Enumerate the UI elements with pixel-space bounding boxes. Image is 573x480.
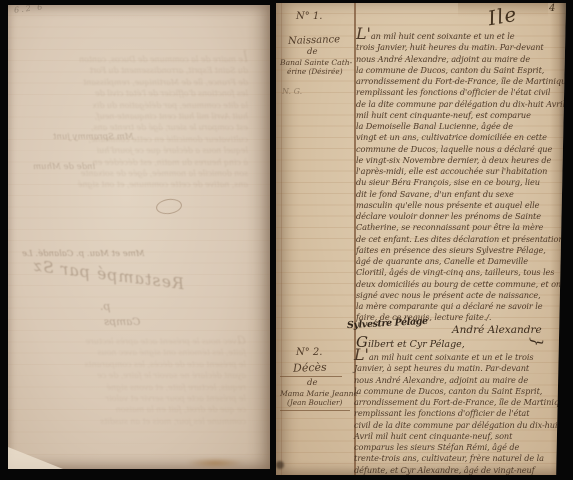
manuscript-line: huit Avril mil huit cent cinquante-neuf, bbox=[33, 111, 248, 122]
margin-annotation-act1: N° 1. Naissance de Banal Sainte Cath- ér… bbox=[280, 11, 352, 96]
manuscript-line: l'après-midi, elle est accouchée sur l'h… bbox=[356, 166, 562, 177]
act1-name-line1: Banal Sainte Cath- bbox=[280, 58, 352, 67]
act2-name-line1: Mama Marie Jeanne bbox=[280, 389, 352, 398]
manuscript-line: faite, les témoins ont signé avec nous bbox=[46, 347, 246, 358]
manuscript-line: commune de Ducos, laquelle nous a déclar… bbox=[356, 144, 562, 155]
bleedthrough-fragment: Mm Sprammy junt bbox=[53, 132, 133, 142]
manuscript-line: du sieur Béra François, sise en ce bourg… bbox=[356, 177, 562, 188]
margin-divider bbox=[280, 410, 350, 411]
manuscript-line: faites en présence des sieurs Sylvestre … bbox=[356, 245, 562, 256]
manuscript-line: Avril mil huit cent cinquante-neuf, sont bbox=[354, 431, 560, 442]
manuscript-line: de cet enfant. Les dites déclaration et … bbox=[356, 234, 562, 245]
signature-flourish: } bbox=[528, 337, 546, 347]
manuscript-line: le présent acte de décès, les comparants bbox=[46, 359, 246, 370]
manuscript-line: ayant déclaré ne savoir le faire, de ce bbox=[46, 370, 246, 381]
act1-type: Naissance bbox=[280, 34, 352, 48]
bleedthrough-mark: Camps bbox=[104, 316, 140, 328]
manuscript-line: la mère comparante qui a déclaré ne savo… bbox=[356, 301, 562, 312]
manuscript-line: masculin qu'elle nous présente et auquel… bbox=[356, 200, 562, 211]
act1-number: N° 1. bbox=[280, 11, 352, 22]
bleedthrough-lower-block: avec nous le présent acte après lecturef… bbox=[46, 335, 246, 427]
manuscript-line: trois Janvier, huit heures du matin. Par… bbox=[356, 42, 562, 53]
manuscript-line: déclare vouloir donner les prénoms de Sa… bbox=[356, 211, 562, 222]
manuscript-line: remplissant les fonctions d'officier de … bbox=[354, 408, 560, 419]
officer-paraph: Ile bbox=[486, 3, 519, 30]
manuscript-line: arrondissement du Fort-de-France, île de… bbox=[356, 76, 562, 87]
act1-officer-signature: André Alexandre bbox=[452, 324, 542, 336]
right-page: Ile 4 N° 1. Naissance de Banal Sainte Ca… bbox=[276, 3, 566, 475]
ink-oval-mark bbox=[155, 197, 183, 215]
manuscript-line: le vingt-six Novembre dernier, à deux he… bbox=[356, 155, 562, 166]
act2-signature-heading: Gilbert et Cyr Pélage, bbox=[356, 338, 465, 350]
bleedthrough-signature-scrawl: Restampé par Sz bbox=[31, 256, 185, 293]
manuscript-line: trente-trois ans, cultivateur, frère nat… bbox=[354, 453, 560, 464]
manuscript-line: comparus les sieurs Stéfan Rémi, âgé de bbox=[354, 442, 560, 453]
manuscript-line: les fonctions d'officier de l'état civil… bbox=[33, 88, 248, 99]
act1-name-line2: érine (Désirée) bbox=[280, 67, 352, 76]
manuscript-line: remplissant les fonctions d'officier de … bbox=[356, 87, 562, 98]
manuscript-line: civil de la dite commune par délégation … bbox=[354, 420, 560, 431]
margin-divider bbox=[280, 376, 342, 377]
manuscript-line: le présent acte pour servir et valoir bbox=[46, 393, 246, 404]
registry-scan: 6.2 6 le maire de la commune de Ducos, c… bbox=[0, 0, 573, 480]
manuscript-line: nous André Alexandre, adjoint au maire d… bbox=[354, 375, 560, 386]
manuscript-line: vingt et un ans, cultivatrice domiciliée… bbox=[356, 132, 562, 143]
bleedthrough-mark: p. bbox=[100, 300, 111, 313]
act2-name-line2: (Jean Bouclier) bbox=[280, 398, 352, 407]
manuscript-line: la dite commune, par délégation du dix bbox=[33, 100, 248, 111]
act2-number: N° 2. bbox=[280, 347, 352, 358]
ink-smudge bbox=[186, 458, 244, 468]
manuscript-line: de la dite commune par délégation du dix… bbox=[356, 99, 562, 110]
manuscript-line: deux domiciliés au bourg de cette commun… bbox=[356, 279, 562, 290]
manuscript-line: Catherine, se reconnaissant pour être la… bbox=[356, 222, 562, 233]
manuscript-line: âgé de quarante ans, Canelle et Damevill… bbox=[356, 256, 562, 267]
act2-de: de bbox=[280, 378, 352, 388]
manuscript-line: dit le fond Savane, d'un enfant du sexe bbox=[356, 189, 562, 200]
margin-annotation-act2: N° 2. Décès de Mama Marie Jeanne (Jean B… bbox=[280, 347, 352, 411]
manuscript-line: du Saint Esprit, arrondissement du Fort bbox=[33, 65, 248, 76]
manuscript-line: arrondissement du Fort-de-France, île de… bbox=[354, 397, 560, 408]
bleedthrough-fragment: inde de Mhum bbox=[33, 162, 95, 172]
manuscript-line: signé avec nous le présent acte de naiss… bbox=[356, 290, 562, 301]
manuscript-line: la commune de Ducos, canton du Saint Esp… bbox=[356, 65, 562, 76]
manuscript-line: Janvier, à sept heures du matin. Par-dev… bbox=[354, 363, 560, 374]
page-edge-shadow bbox=[550, 3, 566, 475]
act1-check-note: N. G. bbox=[280, 87, 352, 96]
act2-text: L'an mil huit cent soixante et un et le … bbox=[354, 351, 560, 475]
manuscript-line: le maire de la commune de Ducos, canton bbox=[33, 53, 248, 65]
act1-de: de bbox=[280, 47, 352, 57]
manuscript-line: ans, native de cette commune, et ont sig… bbox=[33, 179, 248, 190]
manuscript-line: requis, lecture faite, et avons signé bbox=[46, 382, 246, 393]
manuscript-line: ce que de droit, fait en la maison bbox=[46, 404, 246, 415]
manuscript-line: la Demoiselle Banal Lucienne, âgée de bbox=[356, 121, 562, 132]
manuscript-line: la commune de Ducos, canton du Saint Esp… bbox=[354, 386, 560, 397]
manuscript-line: mil huit cent cinquante-neuf, est compar… bbox=[356, 110, 562, 121]
manuscript-line: L'an mil huit cent soixante et un et le … bbox=[354, 351, 560, 363]
manuscript-line: défunte, et Cyr Alexandre, âgé de vingt-… bbox=[354, 465, 560, 476]
manuscript-line: de France, île de Martinique, remplissan… bbox=[33, 77, 248, 88]
manuscript-line: lequel nous a déclaré que ce jourd'hui bbox=[33, 145, 248, 156]
manuscript-line: L'an mil huit cent soixante et un et le bbox=[356, 30, 562, 42]
pencil-note: 6.2 6 bbox=[14, 5, 45, 15]
left-page: 6.2 6 le maire de la commune de Ducos, c… bbox=[8, 5, 270, 469]
act2-type: Décès bbox=[280, 360, 352, 376]
page-fold-corner bbox=[8, 447, 63, 469]
manuscript-line: Cloritil, âgés de vingt-cinq ans, taille… bbox=[356, 267, 562, 278]
act1-text: L'an mil huit cent soixante et un et let… bbox=[356, 30, 562, 324]
ink-dot bbox=[276, 461, 284, 469]
manuscript-line: nous André Alexandre, adjoint au maire d… bbox=[356, 54, 562, 65]
manuscript-line: commune les jour, mois et an susdits bbox=[46, 416, 246, 427]
manuscript-line: avec nous le présent acte après lecture bbox=[46, 335, 246, 347]
